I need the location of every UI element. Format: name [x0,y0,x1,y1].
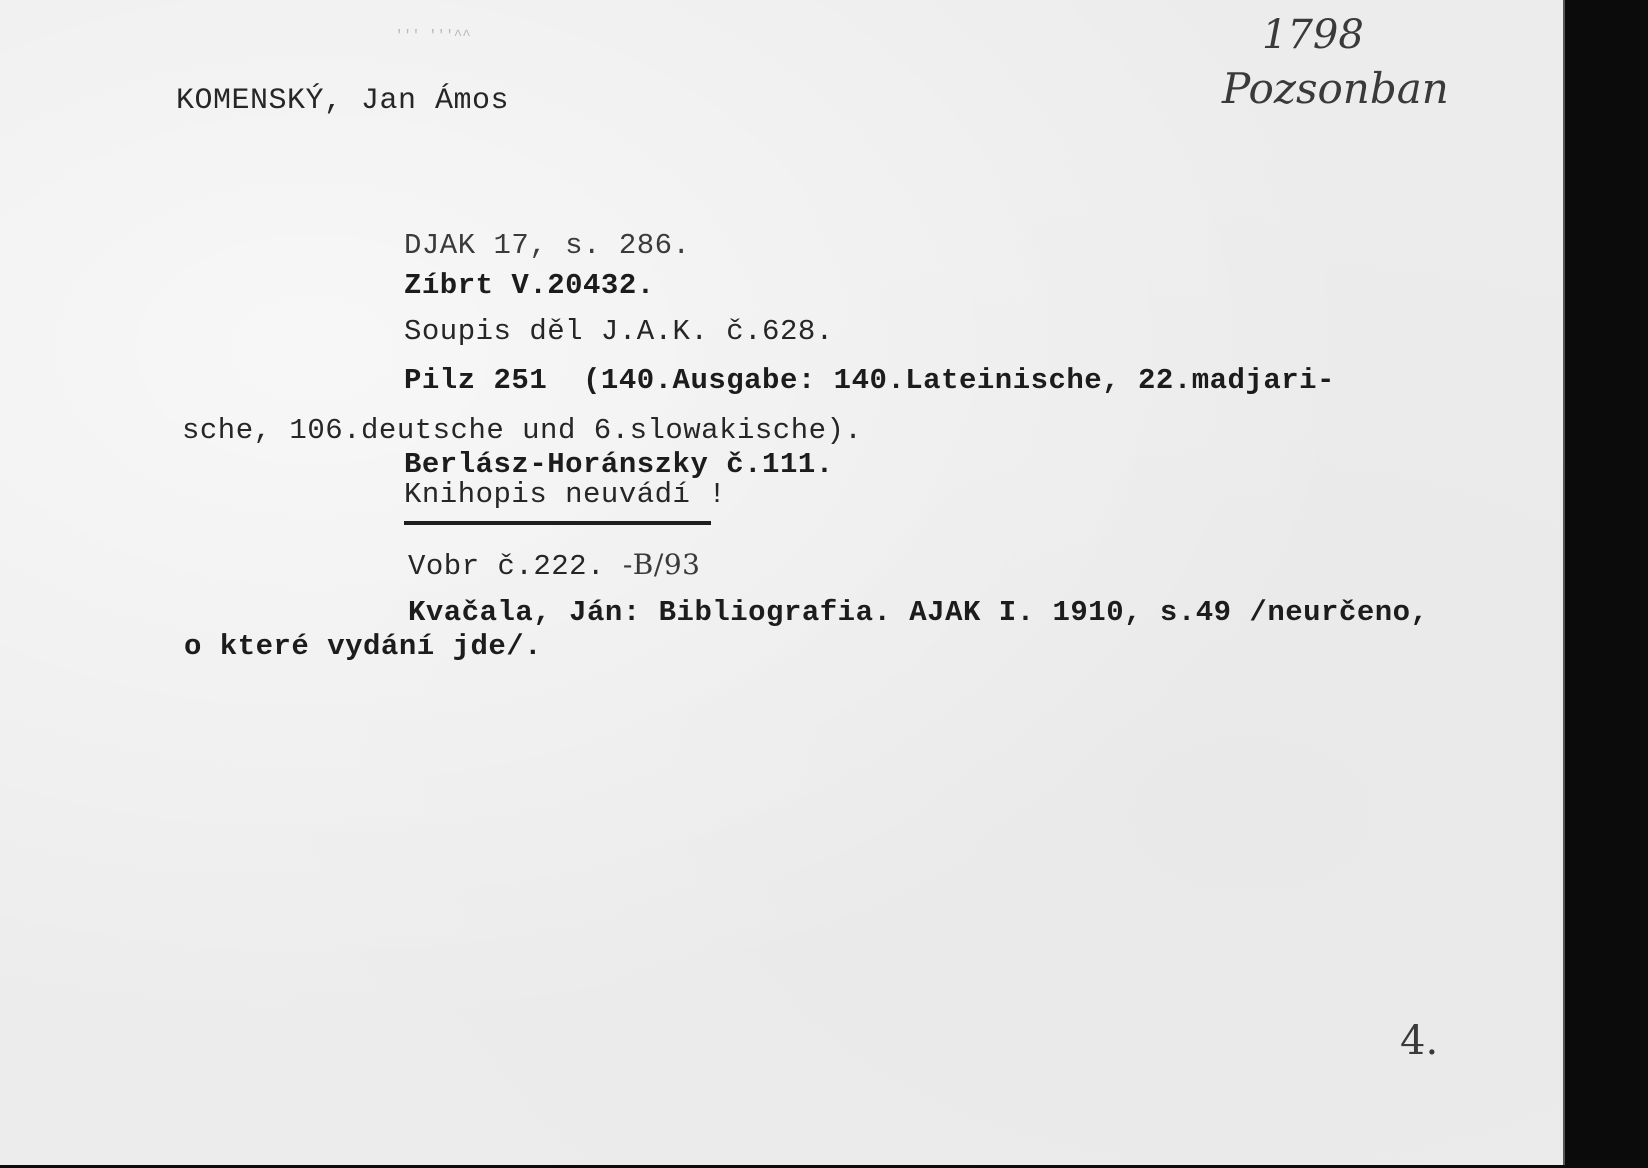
reference-zibrt: Zíbrt V.20432. [404,269,655,302]
reference-kvacala: Kvačala, Ján: Bibliografia. AJAK I. 1910… [408,596,1428,629]
vobr-annotation: -B/93 [623,548,701,581]
reference-djak: DJAK 17, s. 286. [404,229,690,262]
reference-berlasz: Berlász-Horánszky č.111. [404,448,834,481]
vobr-text: Vobr č.222. [408,550,605,583]
reference-soupis: Soupis děl J.A.K. č.628. [404,315,834,348]
reference-vobr: Vobr č.222. -B/93 [408,548,700,583]
handwritten-place: Pozsonban [1222,64,1449,113]
corner-number: 4. [1400,1018,1438,1064]
handwritten-year: 1798 [1262,12,1364,58]
faint-mark: ''' '''^^ [395,28,471,44]
reference-pilz: Pilz 251 (140.Ausgabe: 140.Lateinische, … [404,364,1335,397]
reference-kvacala-continued: o které vydání jde/. [184,630,542,663]
catalog-card: ''' '''^^ KOMENSKÝ, Jan Ámos 1798 Pozson… [0,0,1565,1165]
reference-pilz-continued: sche, 106.deutsche und 6.slowakische). [182,414,862,447]
reference-knihopis: Knihopis neuvádí ! [404,478,726,511]
card-heading: KOMENSKÝ, Jan Ámos [176,84,509,118]
divider-rule [404,521,711,525]
